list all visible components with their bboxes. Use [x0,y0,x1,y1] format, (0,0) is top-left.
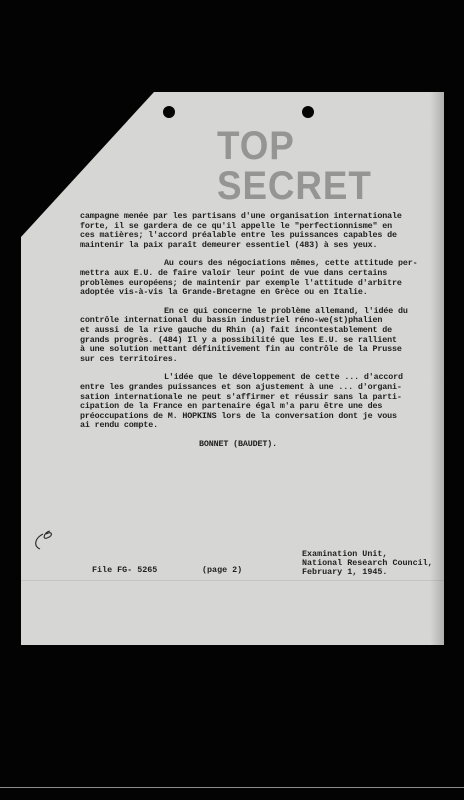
issuer-block: Examination Unit, National Research Coun… [302,550,433,577]
text-line: adoptée vis-à-vis la Grande-Bretagne en … [80,288,440,298]
punch-hole [302,106,314,118]
paragraph-2: Au cours des négociations mêmes, cette a… [80,259,440,297]
text-line: ai rendu compte. [80,421,440,431]
paragraph-1: campagne menée par les partisans d'une o… [80,212,440,250]
paragraph-3: En ce qui concerne le problème allemand,… [80,307,440,365]
punch-hole [163,106,175,118]
document-page: TOP SECRET campagne menée par les partis… [21,92,444,645]
document-body: campagne menée par les partisans d'une o… [80,212,440,449]
handwritten-mark-icon [30,528,60,552]
text-line: maintenir la paix paraît demeurer essent… [80,241,440,251]
fold-line [21,580,444,581]
top-secret-stamp: TOP SECRET [217,126,426,206]
signature: BONNET (BAUDET). [80,440,440,450]
paragraph-4: L'idée que le développement de cette ...… [80,373,440,431]
issuer-date: February 1, 1945. [302,568,433,577]
file-number: File FG- 5265 [92,565,157,575]
text-line: sur ces territoires. [80,355,440,365]
film-edge-line [0,787,464,788]
page-number: (page 2) [202,565,242,575]
